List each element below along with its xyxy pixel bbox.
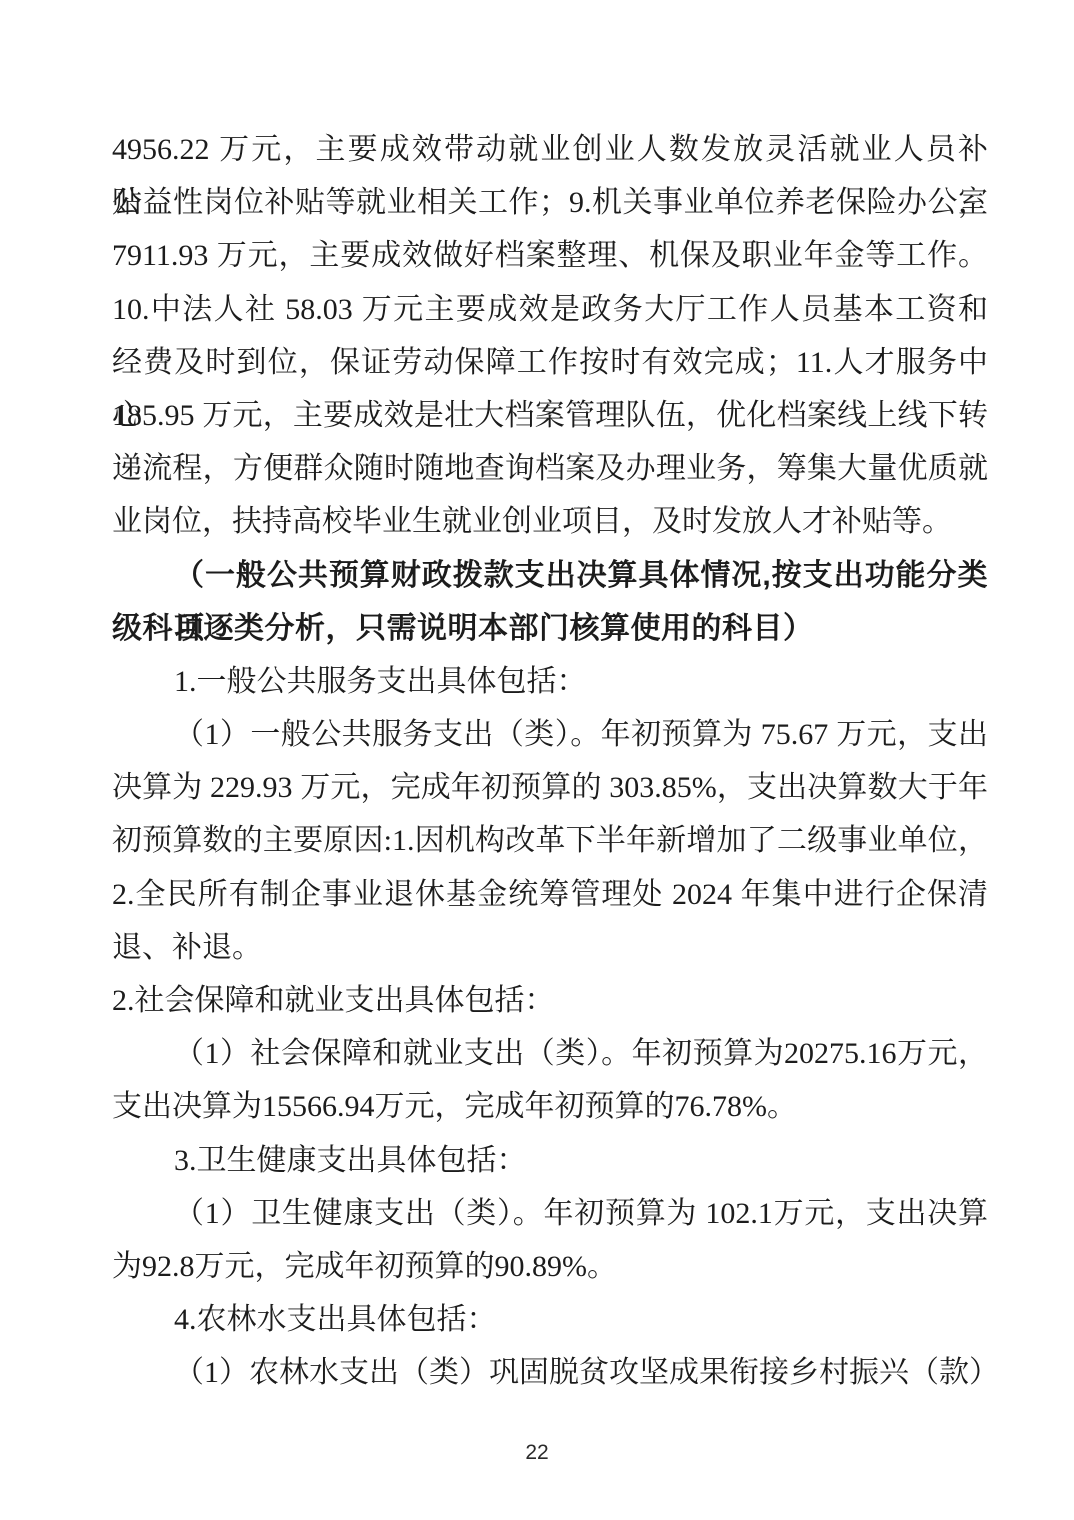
text-line: 支出决算为15566.94万元，完成年初预算的76.78%。	[112, 1080, 988, 1133]
text-line: 递流程，方便群众随时随地查询档案及办理业务，筹集大量优质就	[112, 442, 988, 495]
text-line: 公益性岗位补贴等就业相关工作；9.机关事业单位养老保险办公室	[112, 176, 988, 229]
text-line: 退、补退。	[112, 921, 988, 974]
text-line: 为92.8万元，完成年初预算的90.89%。	[112, 1240, 988, 1293]
text-line: 4956.22 万元，主要成效带动就业创业人数发放灵活就业人员补贴，	[112, 123, 988, 176]
text-line: 初预算数的主要原因:1.因机构改革下半年新增加了二级事业单位，	[112, 814, 988, 867]
text-line: 2.社会保障和就业支出具体包括：	[112, 974, 988, 1027]
text-line: 4.农林水支出具体包括：	[112, 1293, 988, 1346]
text-line: （1）一般公共服务支出（类）。年初预算为 75.67 万元，支出	[112, 708, 988, 761]
text-line: 决算为 229.93 万元，完成年初预算的 303.85%，支出决算数大于年	[112, 761, 988, 814]
text-line: （1）农林水支出（类）巩固脱贫攻坚成果衔接乡村振兴（款）	[112, 1346, 988, 1399]
section-heading-line: （一般公共预算财政拨款支出决算具体情况,按支出功能分类项	[112, 549, 988, 602]
text-line: 经费及时到位，保证劳动保障工作按时有效完成；11.人才服务中心	[112, 336, 988, 389]
text-line: 7911.93 万元，主要成效做好档案整理、机保及职业年金等工作。	[112, 229, 988, 282]
text-line: 185.95 万元，主要成效是壮大档案管理队伍，优化档案线上线下转	[112, 389, 988, 442]
document-page: 4956.22 万元，主要成效带动就业创业人数发放灵活就业人员补贴，公益性岗位补…	[0, 0, 1074, 1520]
text-line: （1）社会保障和就业支出（类）。年初预算为20275.16万元，	[112, 1027, 988, 1080]
text-line: 10.中法人社 58.03 万元主要成效是政务大厅工作人员基本工资和	[112, 283, 988, 336]
text-line: 2.全民所有制企事业退休基金统筹管理处 2024 年集中进行企保清	[112, 868, 988, 921]
text-line: 1.一般公共服务支出具体包括：	[112, 655, 988, 708]
section-heading-line: 级科目逐类分析，只需说明本部门核算使用的科目）	[112, 602, 988, 655]
text-line: 3.卫生健康支出具体包括：	[112, 1134, 988, 1187]
page-number: 22	[0, 1441, 1074, 1465]
text-line: 业岗位，扶持高校毕业生就业创业项目，及时发放人才补贴等。	[112, 495, 988, 548]
text-line: （1）卫生健康支出（类）。年初预算为 102.1万元，支出决算	[112, 1187, 988, 1240]
document-body: 4956.22 万元，主要成效带动就业创业人数发放灵活就业人员补贴，公益性岗位补…	[112, 123, 988, 1400]
